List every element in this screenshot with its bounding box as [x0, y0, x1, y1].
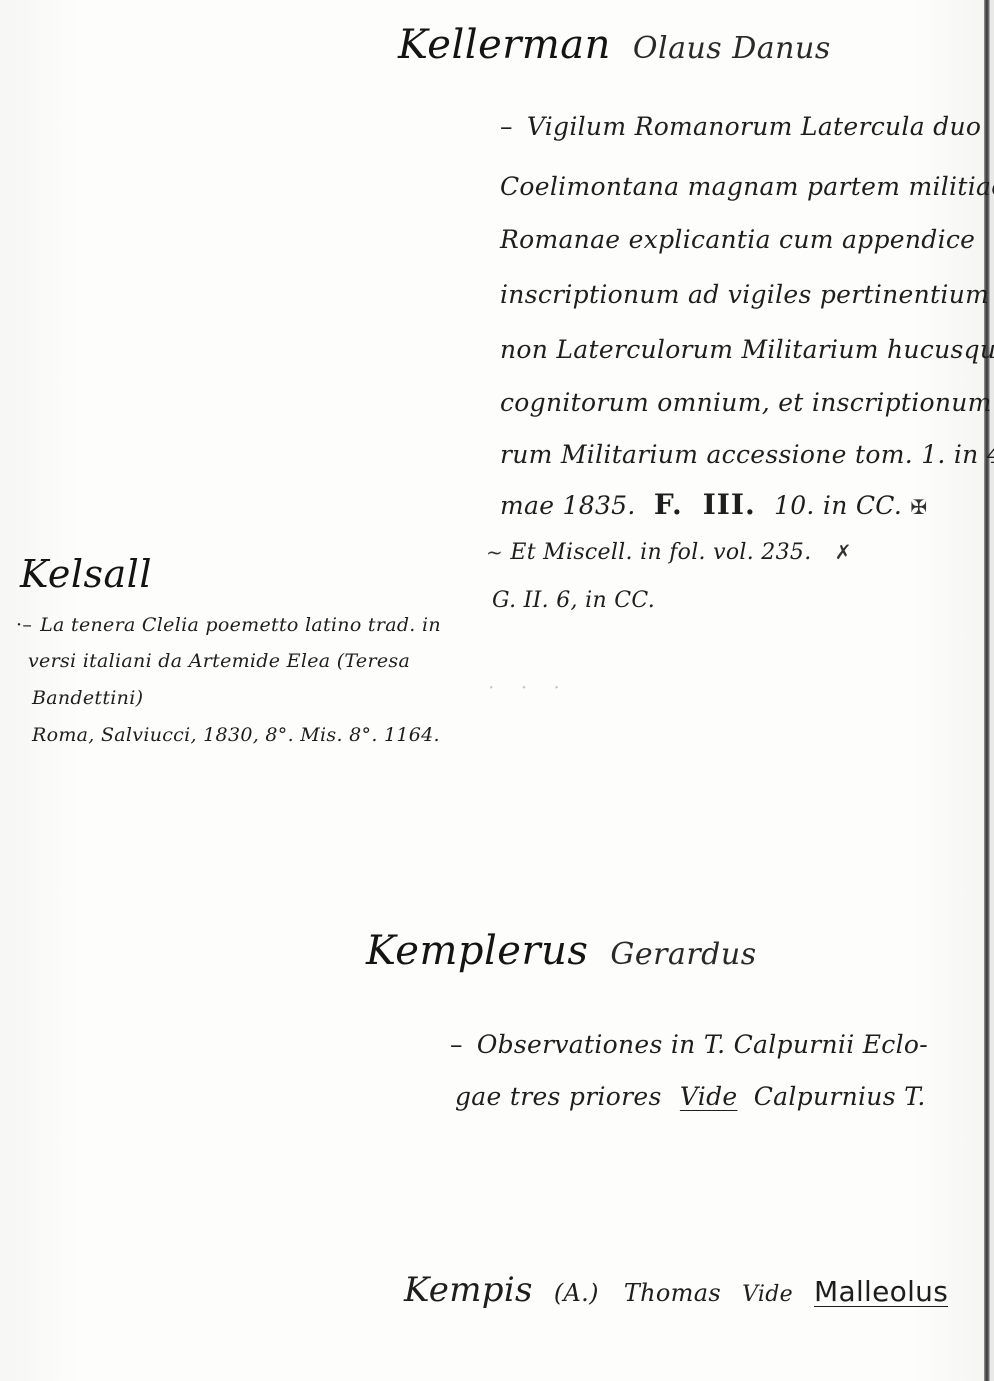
dash-mark: –: [450, 1030, 463, 1059]
entry-line: –Vigilum Romanorum Latercula duo: [500, 112, 981, 141]
shelfmark-roman: III.: [703, 488, 756, 521]
entry-given-name: Gerardus: [610, 937, 756, 972]
entry-line: inscriptionum ad vigiles pertinentium ne…: [500, 280, 994, 309]
faint-ink-marks: · · ·: [488, 675, 570, 699]
entry-line: non Laterculorum Militarium hucusque: [500, 335, 994, 364]
see-target: Calpurnius T.: [754, 1082, 926, 1111]
entry-particle: (A.): [554, 1279, 599, 1307]
entry-text: mae 1835.: [500, 491, 636, 520]
entry-line: rum Militarium accessione tom. 1. in 4°.…: [500, 440, 994, 469]
entry-text: Vigilum Romanorum Latercula duo: [527, 112, 981, 141]
entry-surname: Kempis: [404, 1270, 533, 1310]
page-edge-shadow: [990, 0, 994, 1381]
dash-mark: ·–: [16, 614, 32, 636]
entry-line: Roma, Salviucci, 1830, 8°. Mis. 8°. 1164…: [32, 724, 440, 746]
entry-surname: Kemplerus: [366, 928, 588, 974]
entry-line: Romanae explicantia cum appendice: [500, 225, 975, 254]
entry-given-name: Thomas: [624, 1279, 721, 1307]
entry-heading: KellermanOlaus Danus: [398, 22, 831, 68]
entry-line: Bandettini): [32, 687, 143, 709]
entry-line-with-shelfmark: mae 1835. F.III. 10. in CC. ✠: [500, 488, 927, 521]
entry-shelfmark-2: G. II. 6, in CC.: [492, 588, 655, 613]
see-label: Vide: [742, 1282, 793, 1307]
shelfmark-letter: F.: [654, 488, 683, 521]
entry-continuation: ~ Et Miscell. in fol. vol. 235. ✗: [486, 540, 852, 565]
x-mark-icon: ✗: [835, 540, 852, 564]
entry-heading: Kempis (A.) Thomas Vide Malleolus: [404, 1270, 948, 1310]
entry-line: ·–La tenera Clelia poemetto latino trad.…: [16, 614, 441, 636]
see-label: Vide: [680, 1082, 738, 1111]
tilde-mark-icon: ~: [486, 540, 503, 564]
see-target: Malleolus: [814, 1275, 948, 1308]
entry-line: cognitorum omnium, et inscriptionum vari…: [500, 388, 994, 417]
entry-text: Et Miscell. in fol. vol. 235.: [510, 540, 811, 565]
entry-line: versi italiani da Artemide Elea (Teresa: [28, 650, 410, 672]
shelfmark-number: 10.: [774, 491, 815, 520]
entry-line: –Observationes in T. Calpurnii Eclo-: [450, 1030, 928, 1059]
shelfmark-location: in CC.: [823, 491, 902, 520]
entry-text: La tenera Clelia poemetto latino trad. i…: [40, 614, 441, 636]
entry-given-name: Olaus Danus: [633, 31, 831, 66]
entry-text: gae tres priores: [455, 1082, 662, 1111]
entry-line-see-also: gae tres priores Vide Calpurnius T.: [455, 1082, 926, 1111]
entry-line: Coelimontana magnam partem militiae: [500, 172, 994, 201]
cross-mark-icon: ✠: [910, 495, 927, 519]
dash-mark: –: [500, 112, 513, 141]
entry-text: Observationes in T. Calpurnii Eclo-: [477, 1030, 928, 1059]
entry-heading: KemplerusGerardus: [366, 928, 757, 974]
entry-surname: Kelsall: [20, 552, 152, 596]
entry-surname: Kellerman: [398, 22, 611, 68]
